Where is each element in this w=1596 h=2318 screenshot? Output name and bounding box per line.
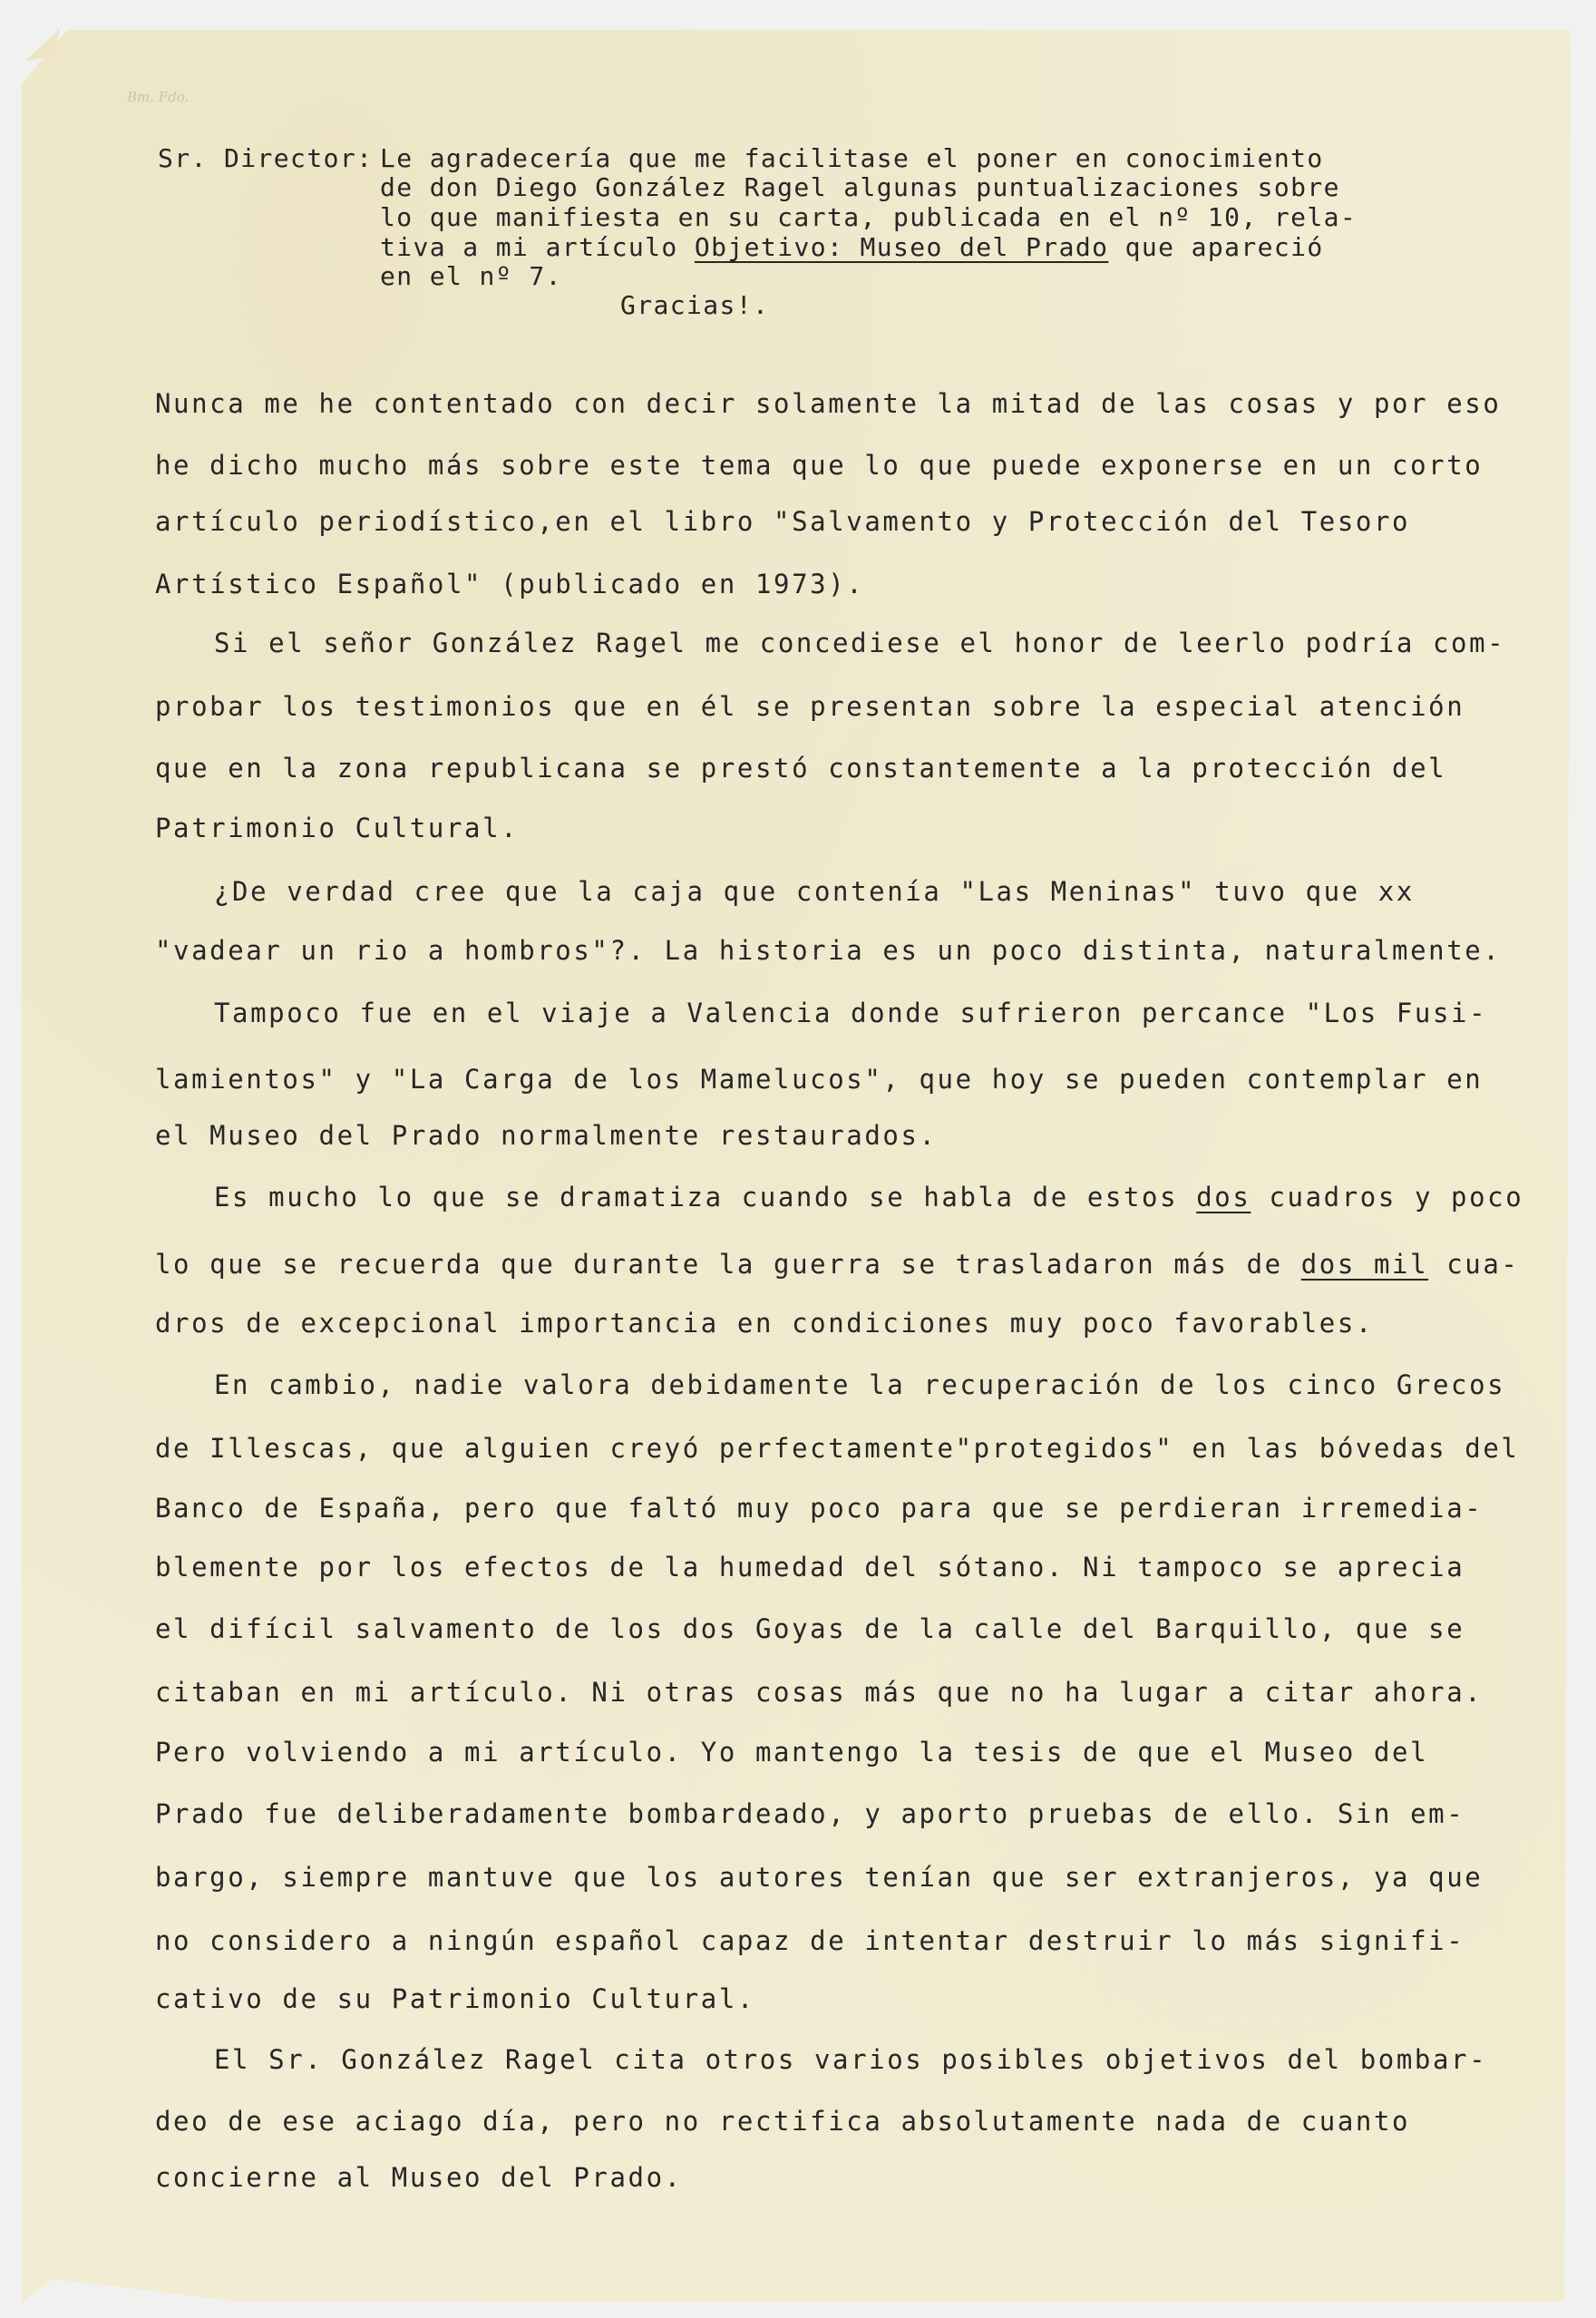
body-line: Pero volviendo a mi artículo. Yo manteng…: [155, 1737, 1428, 1768]
body-line: Patrimonio Cultural.: [155, 813, 519, 843]
salutation: Sr. Director:: [158, 145, 373, 172]
body-line: Banco de España, pero que faltó muy poco…: [155, 1493, 1483, 1524]
header-line-3: lo que manifiesta en su carta, publicada…: [380, 204, 1357, 231]
body-line: el difícil salvamento de los dos Goyas d…: [155, 1613, 1465, 1644]
underlined-emphasis: dos mil: [1301, 1249, 1428, 1280]
body-line: citaban en mi artículo. Ni otras cosas m…: [155, 1677, 1483, 1708]
text-segment: lo que se recuerda que durante la guerra…: [155, 1249, 1301, 1280]
header-line-4-lead: tiva a mi artículo: [380, 232, 695, 262]
pencil-annotation: Bm. Fdo.: [127, 89, 189, 105]
thanks: Gracias!.: [620, 292, 769, 319]
header-line-4: tiva a mi artículo Objetivo: Museo del P…: [380, 234, 1324, 261]
body-line: no considero a ningún español capaz de i…: [155, 1925, 1465, 1956]
text-segment: cua-: [1428, 1249, 1519, 1280]
body-line: de Illescas, que alguien creyó perfectam…: [155, 1433, 1519, 1464]
body-line: deo de ese aciago día, pero no rectifica…: [155, 2106, 1410, 2137]
body-line: ¿De verdad cree que la caja que contenía…: [214, 876, 1415, 907]
header-line-2: de don Diego González Ragel algunas punt…: [380, 174, 1340, 201]
body-line: concierne al Museo del Prado.: [155, 2162, 683, 2193]
body-line: En cambio, nadie valora debidamente la r…: [214, 1369, 1505, 1400]
underlined-emphasis: dos: [1196, 1182, 1251, 1213]
body-line: bargo, siempre mantuve que los autores t…: [155, 1862, 1483, 1893]
header-line-4-tail: que apareció: [1108, 232, 1323, 262]
text-segment: Es mucho lo que se dramatiza cuando se h…: [214, 1182, 1196, 1213]
body-line: El Sr. González Ragel cita otros varios …: [214, 2044, 1487, 2075]
text-segment: cuadros y poco: [1251, 1182, 1523, 1213]
body-line: lo que se recuerda que durante la guerra…: [155, 1249, 1519, 1280]
body-line: dros de excepcional importancia en condi…: [155, 1308, 1374, 1339]
header-line-5: en el nº 7.: [380, 263, 562, 290]
article-title: Objetivo: Museo del Prado: [695, 232, 1108, 262]
body-line: "vadear un rio a hombros"?. La historia …: [155, 935, 1501, 966]
body-line: lamientos" y "La Carga de los Mamelucos"…: [155, 1064, 1483, 1095]
body-line: Artístico Español" (publicado en 1973).: [155, 569, 864, 599]
body-line: blemente por los efectos de la humedad d…: [155, 1552, 1465, 1583]
body-line: que en la zona republicana se prestó con…: [155, 753, 1446, 784]
body-line: Prado fue deliberadamente bombardeado, y…: [155, 1798, 1465, 1829]
body-line: Tampoco fue en el viaje a Valencia donde…: [214, 998, 1487, 1028]
paper-sheet: [22, 30, 1571, 2302]
body-line: Es mucho lo que se dramatiza cuando se h…: [214, 1182, 1523, 1213]
header-line-1: Le agradecería que me facilitase el pone…: [380, 145, 1324, 172]
body-line: artículo periodístico,en el libro "Salva…: [155, 506, 1410, 537]
body-line: el Museo del Prado normalmente restaurad…: [155, 1120, 938, 1151]
body-line: he dicho mucho más sobre este tema que l…: [155, 450, 1483, 481]
body-line: cativo de su Patrimonio Cultural.: [155, 1983, 755, 2014]
body-line: Nunca me he contentado con decir solamen…: [155, 388, 1501, 419]
body-line: probar los testimonios que en él se pres…: [155, 691, 1465, 722]
body-line: Si el señor González Ragel me concediese…: [214, 628, 1505, 658]
